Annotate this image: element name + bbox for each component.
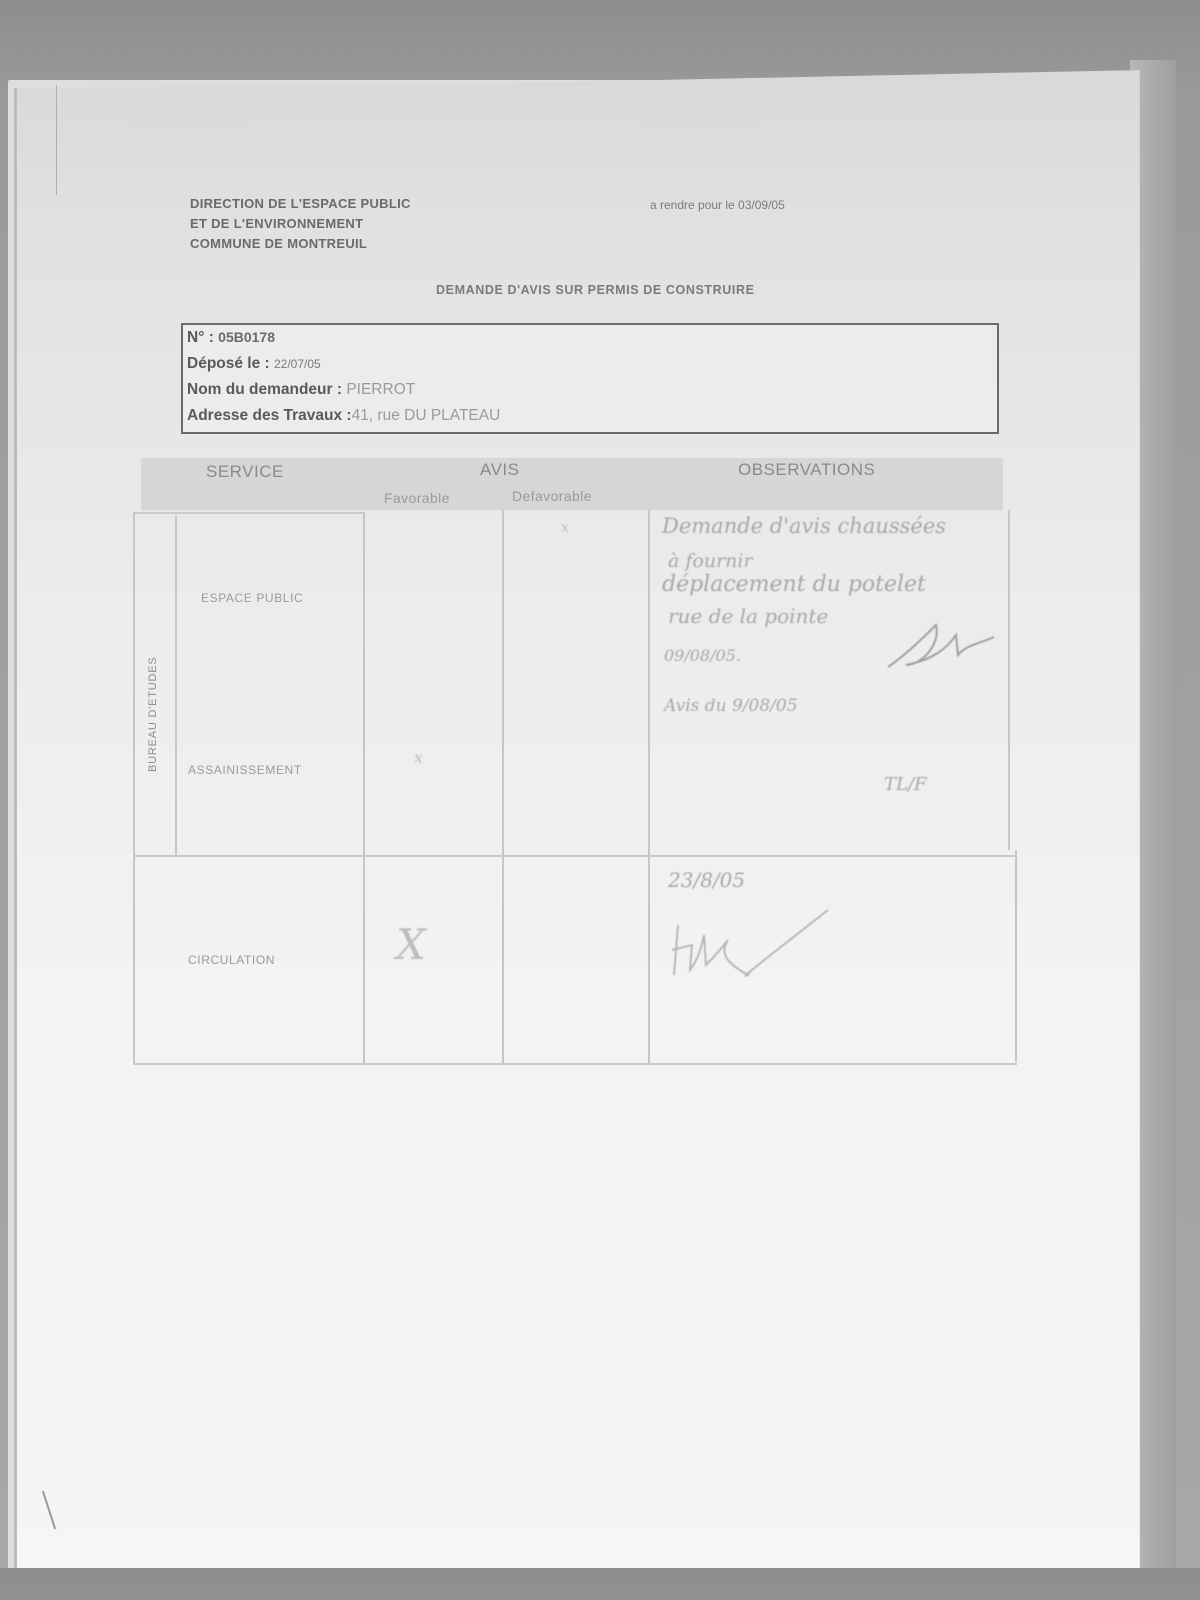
- group-label-bureau-etudes: BUREAU D'ETUDES: [147, 656, 159, 772]
- header-service: SERVICE: [206, 462, 284, 482]
- obs-espace-public-line-3: déplacement du potelet: [662, 572, 926, 597]
- obs-circulation-date: 23/8/05: [668, 868, 745, 892]
- org-line-2: ET DE L'ENVIRONNEMENT: [190, 214, 363, 234]
- work-address: Adresse des Travaux :41, rue DU PLATEAU: [187, 407, 500, 425]
- header-defavorable: Defavorable: [512, 488, 592, 504]
- permit-number: N° : 05B0178: [187, 329, 275, 347]
- applicant-label: Nom du demandeur :: [187, 381, 346, 398]
- address-value: 41, rue DU PLATEAU: [352, 407, 501, 424]
- due-date: a rendre pour le 03/09/05: [650, 198, 785, 212]
- permit-number-value: 05B0178: [218, 329, 275, 345]
- service-espace-public: ESPACE PUBLIC: [201, 591, 303, 605]
- header-observations: OBSERVATIONS: [738, 460, 875, 480]
- service-circulation: CIRCULATION: [188, 953, 275, 967]
- address-label: Adresse des Travaux :: [187, 407, 352, 424]
- deposit-date: Déposé le : 22/07/05: [187, 355, 321, 373]
- signature-circulation: [668, 905, 838, 985]
- paper-fold: [56, 85, 57, 195]
- espace-public-defavorable-mark: x: [561, 520, 569, 536]
- signature-espace-public: [886, 615, 996, 675]
- obs-assainissement-initials: TL/F: [884, 774, 927, 795]
- org-line-1: DIRECTION DE L'ESPACE PUBLIC: [190, 194, 411, 214]
- obs-espace-public-date: 09/08/05.: [664, 646, 741, 665]
- document-title: DEMANDE D'AVIS SUR PERMIS DE CONSTRUIRE: [436, 283, 755, 297]
- service-assainissement: ASSAINISSEMENT: [188, 763, 302, 777]
- circulation-favorable-mark: X: [396, 920, 426, 969]
- permit-info-box: N° : 05B0178 Déposé le : 22/07/05 Nom du…: [181, 323, 999, 434]
- permit-number-label: N° :: [187, 329, 218, 346]
- applicant-name: Nom du demandeur : PIERROT: [187, 381, 415, 399]
- assainissement-favorable-mark: x: [414, 748, 423, 767]
- header-favorable: Favorable: [384, 490, 450, 506]
- obs-avis-date: Avis du 9/08/05: [664, 696, 798, 716]
- deposit-date-label: Déposé le :: [187, 355, 274, 372]
- header-avis: AVIS: [480, 460, 519, 480]
- applicant-value: PIERROT: [346, 381, 415, 398]
- org-line-3: COMMUNE DE MONTREUIL: [190, 234, 367, 254]
- obs-espace-public-line-2: à fournir: [668, 550, 753, 572]
- paper-edge: [14, 88, 17, 1568]
- obs-espace-public-line-1: Demande d'avis chaussées: [662, 514, 946, 538]
- obs-espace-public-line-4: rue de la pointe: [668, 604, 828, 628]
- deposit-date-value: 22/07/05: [274, 357, 321, 371]
